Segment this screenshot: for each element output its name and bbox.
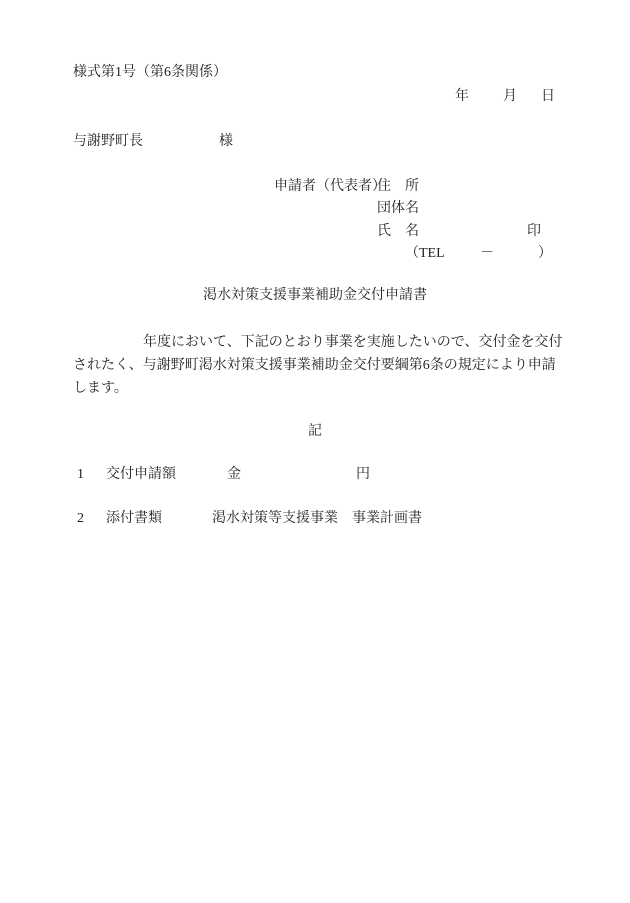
application-form-page: 様式第1号（第6条関係） 年 月 日 与謝野町長 様 申請者（代表者） 住 所 … — [0, 0, 630, 903]
applicant-org-label: 団体名 — [377, 201, 419, 217]
item-1-label: 交付申請額 — [106, 467, 176, 483]
item-2-value: 渇水対策等支援事業 事業計画書 — [212, 511, 422, 527]
date-month-label: 月 — [503, 89, 517, 105]
addressee-honorific: 様 — [219, 134, 233, 150]
item-1-number: 1 — [77, 467, 84, 483]
item-1-amount-prefix: 金 — [227, 467, 241, 483]
document-title: 渇水対策支援事業補助金交付申請書 — [0, 288, 630, 304]
item-2-label: 添付書類 — [106, 511, 162, 527]
body-line-2: されたく、与謝野町渇水対策支援事業補助金交付要綱第6条の規定により申請 — [73, 354, 561, 377]
item-2-number: 2 — [77, 511, 84, 527]
item-1-amount-suffix: 円 — [356, 467, 370, 483]
body-line-1: 年度において、下記のとおり事業を実施したいので、交付金を交付 — [73, 331, 561, 354]
applicant-address-label: 住 所 — [377, 179, 419, 195]
date-year-label: 年 — [455, 89, 469, 105]
applicant-name-label: 氏 名 — [377, 224, 419, 240]
body-line-3: します。 — [73, 377, 561, 400]
note-heading: 記 — [0, 424, 630, 440]
applicant-seal-label: 印 — [527, 224, 541, 240]
body-paragraph: 年度において、下記のとおり事業を実施したいので、交付金を交付 されたく、与謝野町… — [73, 331, 561, 400]
tel-close: ） — [538, 246, 552, 262]
date-day-label: 日 — [541, 89, 555, 105]
tel-open-label: （TEL — [405, 246, 445, 262]
applicant-prefix: 申請者（代表者） — [274, 179, 386, 195]
tel-dash: － — [480, 246, 494, 262]
addressee-name: 与謝野町長 — [73, 134, 143, 150]
form-number: 様式第1号（第6条関係） — [73, 65, 227, 81]
